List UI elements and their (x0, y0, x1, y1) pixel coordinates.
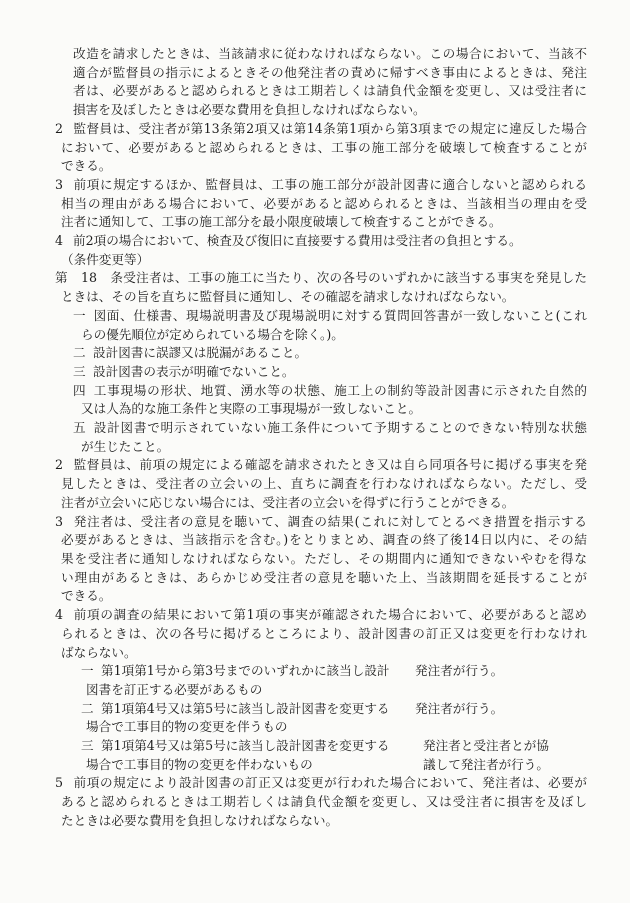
art18-item-4-line: 四工事現場の形状、地質、湧水等の状態、施工上の制約等設計図書に示された自然的 (73, 382, 587, 401)
art18-item-5-line: が生じたこと。 (81, 438, 587, 457)
continuation-paragraph-line: 適合が監督員の指示によるときその他発注者の責めに帰すべき事由によるときは、発注 (73, 64, 587, 83)
item-number: 三 (81, 737, 101, 756)
art17-paragraph-2-line: において、必要があると認められるときは、工事の施工部分を破壊して検査することが (61, 139, 587, 158)
revision-table-row-3: 三第1項第4号又は第5号に該当し設計図書を変更する 場合で工事目的物の変更を伴わ… (81, 737, 630, 774)
art18-paragraph-5: 5前項の規定により設計図書の訂正又は変更が行われた場合において、発注者は、必要が… (0, 774, 630, 830)
art18-item-4: 四工事現場の形状、地質、湧水等の状態、施工上の制約等設計図書に示された自然的又は… (0, 382, 630, 419)
revision-table-row-1: 一第1項第1号から第3号までのいずれかに該当し設計 図書を訂正する必要があるもの… (81, 662, 630, 699)
item-number: 5 (55, 774, 73, 793)
revision-condition: 三第1項第4号又は第5号に該当し設計図書を変更する 場合で工事目的物の変更を伴わ… (81, 737, 407, 774)
art18-paragraph-4-line: ばならない。 (61, 644, 587, 663)
continuation-paragraph: 改造を請求したときは、当該請求に従わなければならない。この場合において、当該不適… (0, 45, 630, 120)
art18-paragraph-2-line: 注者が立会いに応じない場合には、受注者の立会いを得ずに行うことができる。 (61, 494, 587, 513)
condition-text: 場合で工事目的物の変更を伴わないもの (86, 756, 407, 775)
art18-item-5-line: 五設計図書で明示されていない施工条件について予期することのできない特別な状態 (73, 419, 587, 438)
art18-item-3-line: 三設計図書の表示が明確でないこと。 (73, 363, 587, 382)
continuation-paragraph-line: 損害を及ぼしたときは必要な費用を負担しなければならない。 (73, 101, 587, 120)
art18-item-5: 五設計図書で明示されていない施工条件について予期することのできない特別な状態が生… (0, 419, 630, 456)
actor-text: 発注者が行う。 (415, 700, 503, 719)
revision-actor: 発注者が行う。 (407, 662, 503, 699)
item-number: 二 (81, 700, 101, 719)
art18-paragraph-2: 2監督員は、前項の規定による確認を請求されたとき又は自ら同項各号に掲げる事実を発… (0, 456, 630, 512)
condition-text: 場合で工事目的物の変更を伴うもの (86, 718, 407, 737)
item-number: 4 (55, 232, 73, 251)
section-heading: （条件変更等） (61, 251, 630, 270)
art18-paragraph-3-line: 必要があるときは、当該指示を含む。)をとりまとめ、調査の終了後14日以内に、その… (61, 531, 587, 550)
art18-paragraph-3: 3発注者は、受注者の意見を聴いて、調査の結果(これに対してとるべき措置を指示する… (0, 513, 630, 607)
revision-actor: 発注者と受注者とが協 議して発注者が行う。 (407, 737, 549, 774)
continuation-paragraph-line: 者は、必要があると認められるときは工期若しくは請負代金額を変更し、又は受注者に (73, 82, 587, 101)
art18-item-1-line: 一図面、仕様書、現場説明書及び現場説明に対する質問回答書が一致しないこと(これ (73, 307, 587, 326)
actor-text: 発注者が行う。 (415, 662, 503, 681)
art18-lead-paragraph-line: 第18条受注者は、工事の施工に当たり、次の各号のいずれかに該当する事実を発見した (55, 269, 587, 288)
art18-paragraph-4: 4前項の調査の結果において第1項の事実が確認された場合において、必要があると認め… (0, 606, 630, 662)
revision-condition: 二第1項第4号又は第5号に該当し設計図書を変更する 場合で工事目的物の変更を伴う… (81, 700, 407, 737)
revision-table-row-2: 二第1項第4号又は第5号に該当し設計図書を変更する 場合で工事目的物の変更を伴う… (81, 700, 630, 737)
art18-paragraph-5-line: たときは必要な費用を負担しなければならない。 (61, 812, 587, 831)
document-page: 改造を請求したときは、当該請求に従わなければならない。この場合において、当該不適… (0, 0, 630, 903)
art18-lead-paragraph-line: ときは、その旨を直ちに監督員に通知し、その確認を請求しなければならない。 (61, 288, 587, 307)
art18-paragraph-2-line: 2監督員は、前項の規定による確認を請求されたとき又は自ら同項各号に掲げる事実を発 (55, 456, 587, 475)
art17-paragraph-4: 4前2項の場合において、検査及び復旧に直接要する費用は受注者の負担とする。 (0, 232, 630, 251)
art18-item-2-line: 二設計図書に誤謬又は脱漏があること。 (73, 344, 587, 363)
revision-actor: 発注者が行う。 (407, 700, 503, 737)
condition-text: 第1項第4号又は第5号に該当し設計図書を変更する (101, 701, 390, 716)
condition-text: 第1項第4号又は第5号に該当し設計図書を変更する (101, 738, 390, 753)
item-number: 二 (73, 344, 93, 363)
art18-paragraph-3-line: 果を受注者に通知しなければならない。ただし、その期間内に通知できないやむを得な (61, 550, 587, 569)
art18-item-3: 三設計図書の表示が明確でないこと。 (0, 363, 630, 382)
art18-paragraph-3-line: できる。 (61, 587, 587, 606)
item-number: 3 (55, 513, 73, 532)
art18-paragraph-4-line: 4前項の調査の結果において第1項の事実が確認された場合において、必要があると認め (55, 606, 587, 625)
item-number: 五 (73, 419, 93, 438)
art17-paragraph-4-line: 4前2項の場合において、検査及び復旧に直接要する費用は受注者の負担とする。 (55, 232, 587, 251)
art18-item-1: 一図面、仕様書、現場説明書及び現場説明に対する質問回答書が一致しないこと(これら… (0, 307, 630, 344)
art18-item-4-line: 又は人為的な施工条件と実際の工事現場が一致しないこと。 (81, 400, 587, 419)
art17-paragraph-3-line: 3前項に規定するほか、監督員は、工事の施工部分が設計図書に適合しないと認められる (55, 176, 587, 195)
item-number: 一 (81, 662, 101, 681)
art17-paragraph-3-line: 注者に通知して、工事の施工部分を最小限度破壊して検査することができる。 (61, 213, 587, 232)
art18-paragraph-3-line: い理由があるときは、あらかじめ受注者の意見を聴いた上、当該期間を延長することが (61, 569, 587, 588)
item-number: 一 (73, 307, 93, 326)
art17-paragraph-2: 2監督員は、受注者が第13条第2項又は第14条第1項から第3項までの規定に違反し… (0, 120, 630, 176)
continuation-paragraph-line: 改造を請求したときは、当該請求に従わなければならない。この場合において、当該不 (73, 45, 587, 64)
actor-text: 発注者と受注者とが協 (423, 737, 549, 756)
condition-text: 第1項第1号から第3号までのいずれかに該当し設計 (101, 663, 390, 678)
art17-paragraph-3: 3前項に規定するほか、監督員は、工事の施工部分が設計図書に適合しないと認められる… (0, 176, 630, 232)
item-number: 三 (73, 363, 93, 382)
art17-paragraph-2-line: 2監督員は、受注者が第13条第2項又は第14条第1項から第3項までの規定に違反し… (55, 120, 587, 139)
art18-paragraph-5-line: あると認められるときは工期若しくは請負代金額を変更し、又は受注者に損害を及ぼし (61, 793, 587, 812)
art18-paragraph-3-line: 3発注者は、受注者の意見を聴いて、調査の結果(これに対してとるべき措置を指示する (55, 513, 587, 532)
item-number: 2 (55, 120, 73, 139)
art18-item-1-line: らの優先順位が定められている場合を除く。)。 (81, 326, 587, 345)
art18-paragraph-5-line: 5前項の規定により設計図書の訂正又は変更が行われた場合において、発注者は、必要が (55, 774, 587, 793)
item-number: 2 (55, 456, 73, 475)
art18-item-2: 二設計図書に誤謬又は脱漏があること。 (0, 344, 630, 363)
art17-paragraph-3-line: 相当の理由がある場合において、必要があると認められるときは、当該相当の理由を受 (61, 195, 587, 214)
revision-condition: 一第1項第1号から第3号までのいずれかに該当し設計 図書を訂正する必要があるもの (81, 662, 407, 699)
art18-lead-paragraph: 第18条受注者は、工事の施工に当たり、次の各号のいずれかに該当する事実を発見した… (0, 269, 630, 306)
actor-text: 議して発注者が行う。 (423, 756, 549, 775)
condition-text: 図書を訂正する必要があるもの (86, 681, 407, 700)
item-number: 第18条 (55, 269, 123, 288)
art18-paragraph-2-line: 見したときは、受注者の立会いの上、直ちに調査を行わなければならない。ただし、受 (61, 475, 587, 494)
item-number: 3 (55, 176, 73, 195)
art18-paragraph-4-line: られるときは、次の各号に掲げるところにより、設計図書の訂正又は変更を行わなけれ (61, 625, 587, 644)
item-number: 4 (55, 606, 73, 625)
art17-paragraph-2-line: できる。 (61, 157, 587, 176)
item-number: 四 (73, 382, 93, 401)
